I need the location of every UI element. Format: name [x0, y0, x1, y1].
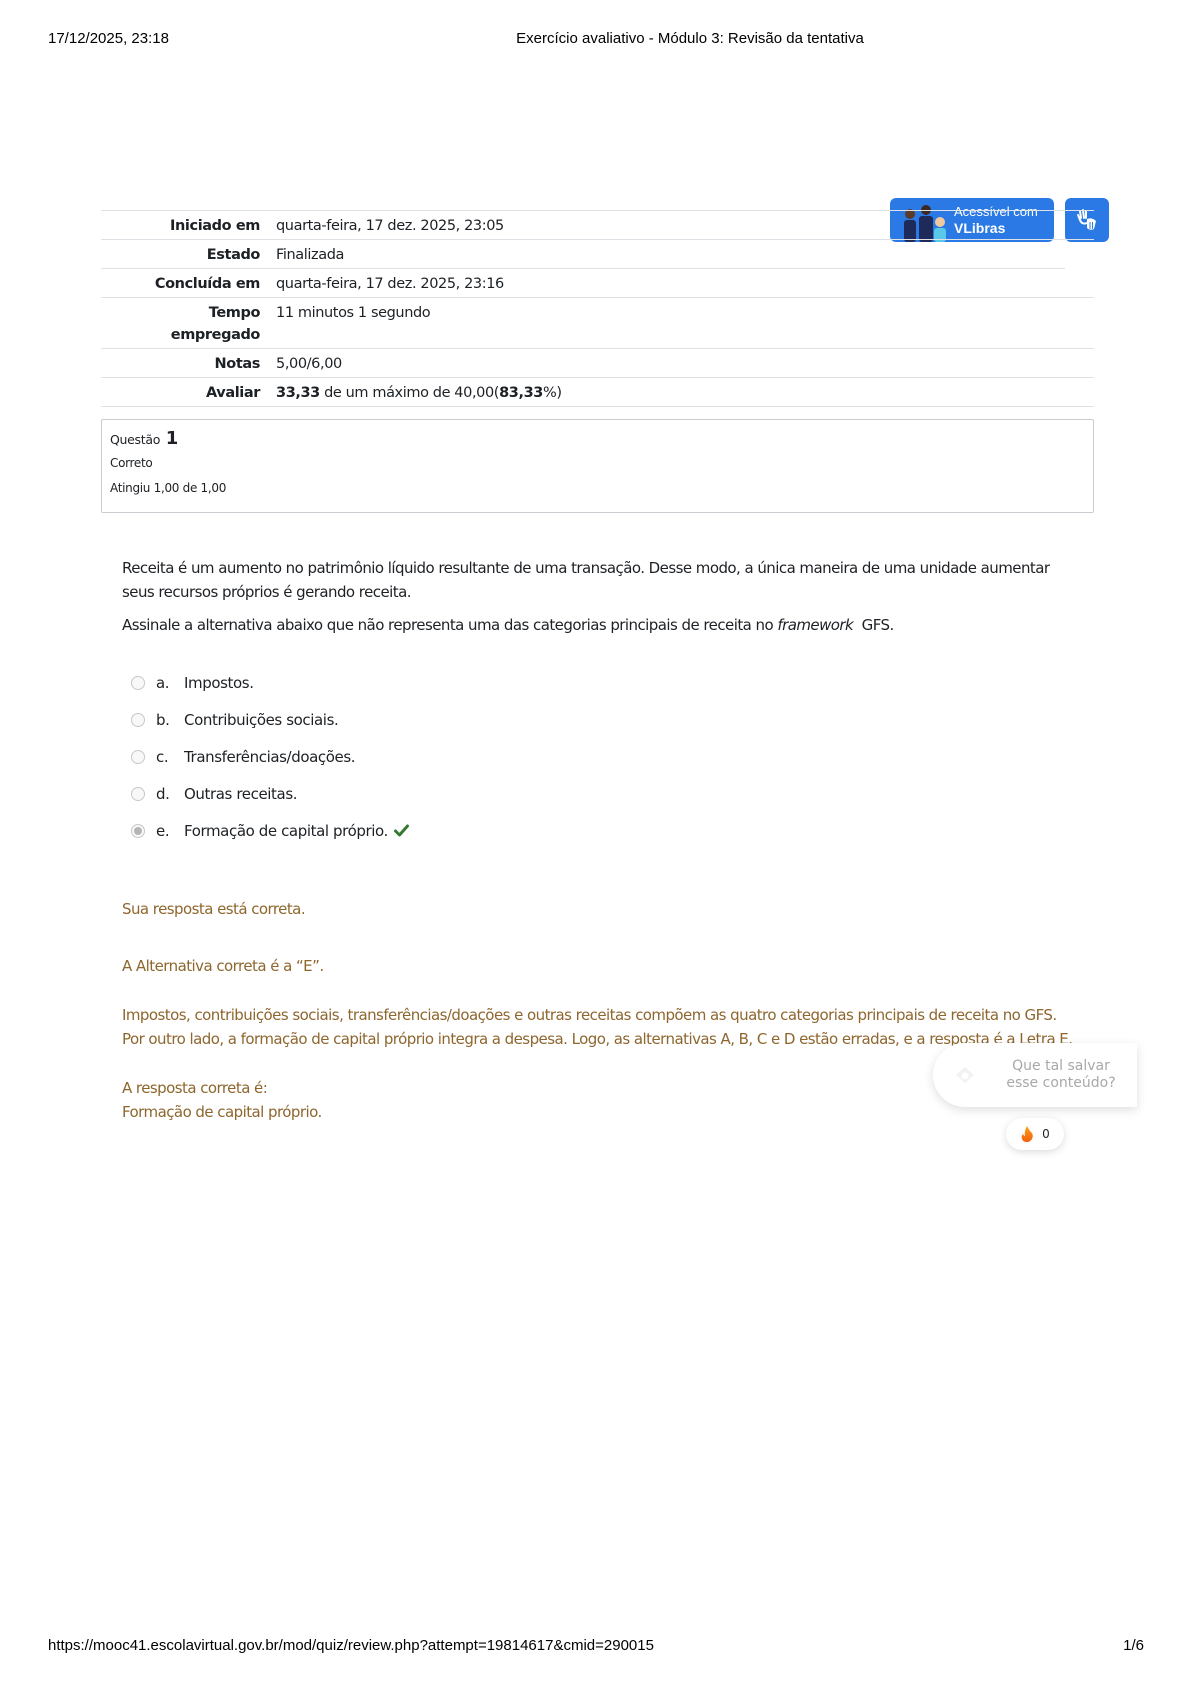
radio-button[interactable]	[131, 713, 145, 727]
radio-button[interactable]	[131, 750, 145, 764]
question-prompt-italic: framework	[777, 616, 853, 634]
answer-text: Outras receitas.	[184, 785, 297, 803]
question-number-value: 1	[166, 428, 178, 449]
feedback-explanation-line2: Por outro lado, a formação de capital pr…	[122, 1027, 1082, 1051]
started-value: quarta-feira, 17 dez. 2025, 23:05	[260, 211, 504, 239]
save-prompt-line1: Que tal salvar	[991, 1058, 1131, 1075]
time-label-line2: empregado	[171, 327, 260, 343]
summary-row-started: Iniciado em quarta-feira, 17 dez. 2025, …	[101, 210, 1094, 239]
attempt-summary-table: Iniciado em quarta-feira, 17 dez. 2025, …	[101, 210, 1094, 407]
question-prompt: Assinale a alternativa abaixo que não re…	[122, 616, 777, 634]
print-page-number: 1/6	[1123, 1637, 1144, 1654]
grade-percent: 83,33	[499, 385, 543, 401]
summary-row-state: Estado Finalizada	[101, 239, 1094, 268]
state-label: Estado	[101, 240, 260, 268]
print-footer: https://mooc41.escolavirtual.gov.br/mod/…	[0, 1637, 1192, 1657]
answer-option-a[interactable]: a. Impostos.	[131, 664, 409, 701]
answer-options: a. Impostos. b. Contribuições sociais. c…	[131, 664, 409, 849]
time-label: Tempo empregado	[101, 298, 260, 348]
answer-option-e[interactable]: e. Formação de capital próprio.	[131, 812, 409, 849]
answer-letter: e.	[156, 822, 184, 840]
answer-option-d[interactable]: d. Outras receitas.	[131, 775, 409, 812]
summary-row-marks: Notas 5,00/6,00	[101, 348, 1094, 377]
answer-option-b[interactable]: b. Contribuições sociais.	[131, 701, 409, 738]
answer-text: Formação de capital próprio.	[184, 822, 388, 840]
grade-max: de um máximo de 40,00(	[320, 385, 499, 401]
marks-label: Notas	[101, 349, 260, 377]
save-prompt-line2: esse conteúdo?	[991, 1075, 1131, 1092]
state-value: Finalizada	[260, 240, 344, 268]
streak-count: 0	[1042, 1127, 1050, 1141]
completed-label: Concluída em	[101, 269, 260, 297]
question-info-box: Questão 1 Correto Atingiu 1,00 de 1,00	[101, 419, 1094, 513]
question-mark: Atingiu 1,00 de 1,00	[110, 481, 1085, 495]
question-state: Correto	[110, 456, 1085, 470]
answer-text: Transferências/doações.	[184, 748, 355, 766]
answer-option-c[interactable]: c. Transferências/doações.	[131, 738, 409, 775]
question-paragraph-2: Assinale a alternativa abaixo que não re…	[122, 613, 1062, 637]
radio-button-selected[interactable]	[131, 824, 145, 838]
summary-row-completed: Concluída em quarta-feira, 17 dez. 2025,…	[101, 268, 1065, 297]
answer-letter: d.	[156, 785, 184, 803]
grade-value: 33,33 de um máximo de 40,00(83,33%)	[260, 378, 562, 406]
summary-row-time: Tempo empregado 11 minutos 1 segundo	[101, 297, 1094, 348]
question-paragraph-1: Receita é um aumento no patrimônio líqui…	[122, 556, 1062, 604]
grade-label: Avaliar	[101, 378, 260, 406]
answer-text: Contribuições sociais.	[184, 711, 338, 729]
summary-row-grade: Avaliar 33,33 de um máximo de 40,00(83,3…	[101, 377, 1094, 407]
grade-percent-suffix: %)	[543, 385, 562, 401]
right-answer-value: Formação de capital próprio.	[122, 1100, 1082, 1124]
started-label: Iniciado em	[101, 211, 260, 239]
question-text: Receita é um aumento no patrimônio líqui…	[122, 556, 1062, 637]
feedback-result: Sua resposta está correta.	[122, 897, 1082, 921]
grade-score: 33,33	[276, 385, 320, 401]
feedback-alternative: A Alternativa correta é a “E”.	[122, 954, 1082, 978]
time-value: 11 minutos 1 segundo	[260, 298, 430, 348]
answer-letter: c.	[156, 748, 184, 766]
feedback-explanation-line1: Impostos, contribuições sociais, transfe…	[122, 1003, 1082, 1027]
print-page-title: Exercício avaliativo - Módulo 3: Revisão…	[0, 30, 1192, 47]
correct-check-icon	[394, 824, 409, 837]
streak-badge[interactable]: 0	[1006, 1118, 1064, 1150]
answer-text: Impostos.	[184, 674, 254, 692]
time-label-line1: Tempo	[209, 305, 260, 321]
answer-letter: a.	[156, 674, 184, 692]
radio-button[interactable]	[131, 676, 145, 690]
completed-value: quarta-feira, 17 dez. 2025, 23:16	[260, 269, 504, 297]
save-home-icon	[953, 1063, 977, 1087]
question-label: Questão	[110, 432, 160, 447]
save-content-widget[interactable]: Que tal salvar esse conteúdo?	[933, 1043, 1137, 1107]
question-number: Questão 1	[110, 428, 1085, 449]
print-url: https://mooc41.escolavirtual.gov.br/mod/…	[48, 1637, 654, 1654]
answer-letter: b.	[156, 711, 184, 729]
marks-value: 5,00/6,00	[260, 349, 342, 377]
fire-icon	[1020, 1125, 1034, 1143]
save-content-prompt: Que tal salvar esse conteúdo?	[991, 1058, 1131, 1092]
print-header: 17/12/2025, 23:18 Exercício avaliativo -…	[0, 30, 1192, 50]
radio-button[interactable]	[131, 787, 145, 801]
feedback-explanation: Impostos, contribuições sociais, transfe…	[122, 1003, 1082, 1051]
question-prompt-end: GFS.	[853, 616, 894, 634]
